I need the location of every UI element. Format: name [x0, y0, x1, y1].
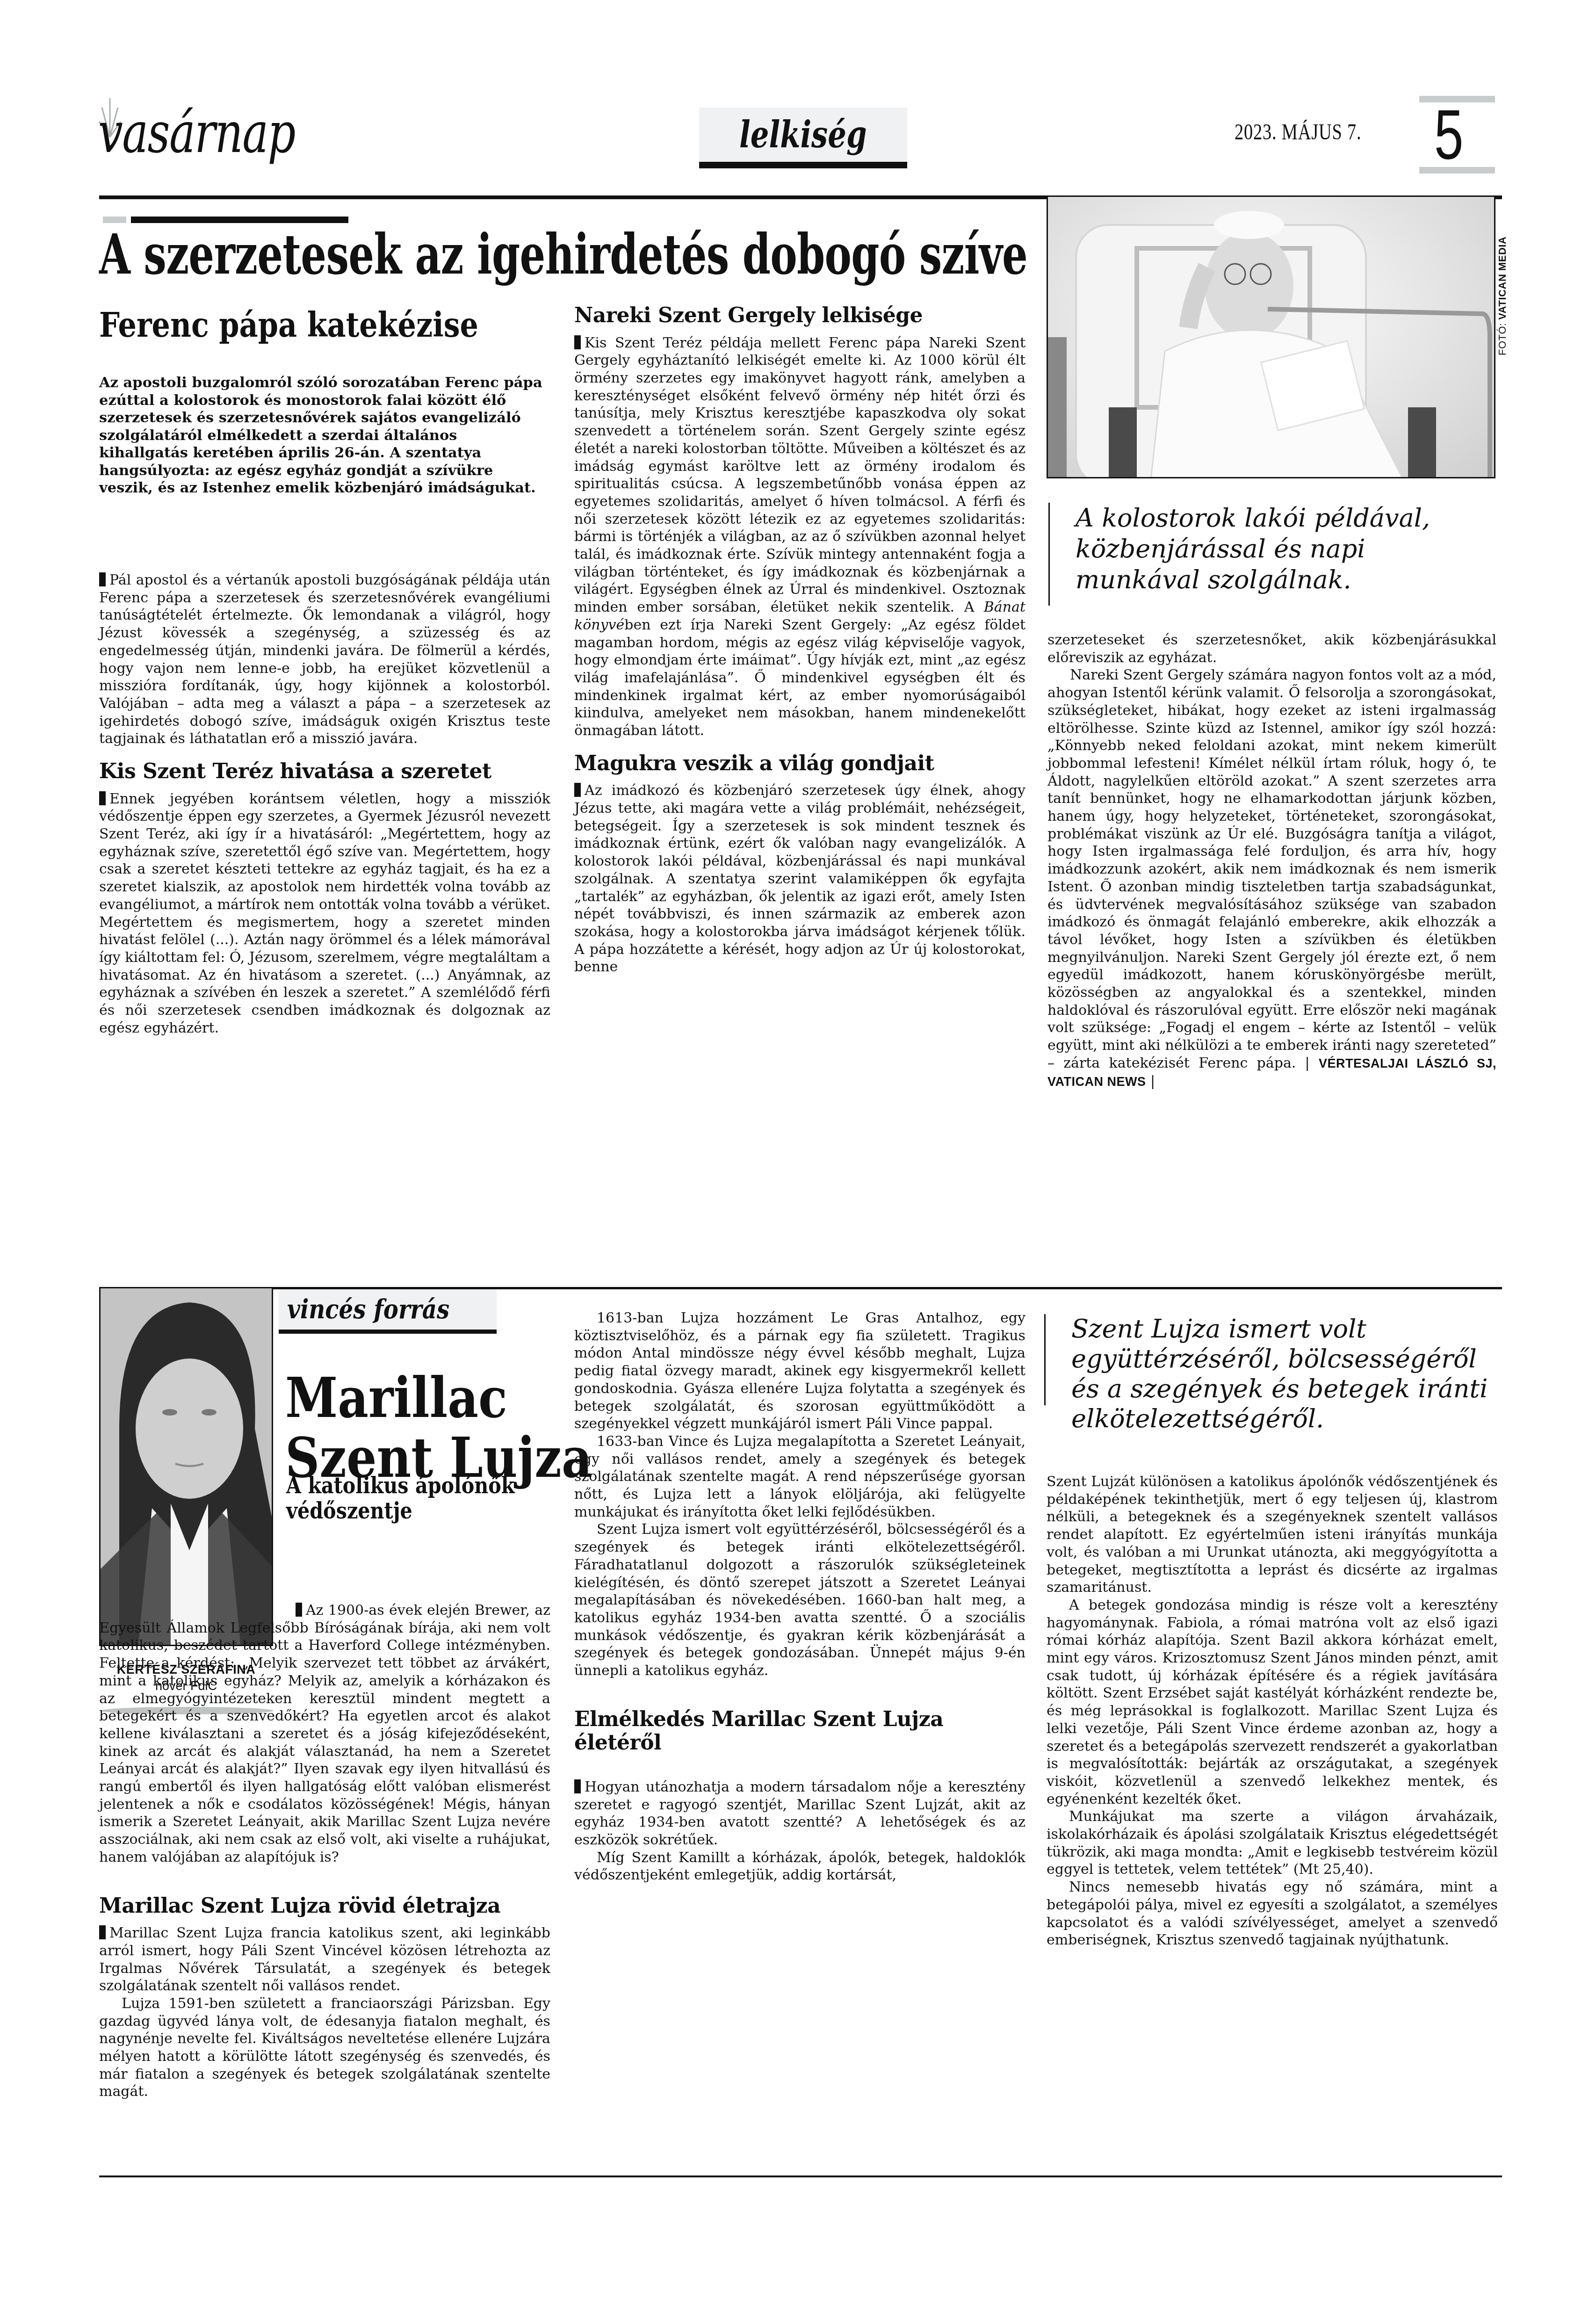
- paragraph: Míg Szent Kamillt a kórházak, ápolók, be…: [574, 1850, 1025, 1884]
- article2-column-2: 1613-ban Lujza hozzáment Le Gras Antalho…: [574, 1309, 1025, 1884]
- divider: [99, 2175, 1502, 2177]
- article-column-3: szerzeteseket és szerzetesnőket, akik kö…: [1047, 631, 1496, 1091]
- article-column-2: Nareki Szent Gergely lelkisége Kis Szent…: [574, 304, 1025, 976]
- photo-credit: FOTÓ: VATICAN MEDIA: [1496, 224, 1513, 355]
- paragraph: Hogyan utánozhatja a modern társadalom n…: [574, 1779, 1025, 1848]
- article-title: Marillac Szent Lujza: [285, 1368, 592, 1488]
- paragraph: Kis Szent Teréz példája mellett Ferenc p…: [574, 335, 1025, 616]
- column-tag: vincés forrás: [279, 1289, 497, 1334]
- divider: [1419, 167, 1495, 173]
- page-number-box: 5: [1419, 96, 1495, 173]
- section-heading: Marillac Szent Lujza rövid életrajza: [99, 1894, 550, 1918]
- section-label: lelkiség: [739, 114, 867, 156]
- paragraph-marker: [574, 335, 581, 349]
- author-photo[interactable]: [99, 1287, 273, 1646]
- article2-column-1: Az 1900-as évek elején Brewer, az Egyesü…: [99, 1602, 550, 2101]
- paragraph-marker: [574, 783, 581, 797]
- paragraph: Nincs nemesebb hivatás egy nő számára, m…: [1047, 1879, 1498, 1948]
- issue-date: 2023. MÁJUS 7.: [1235, 119, 1362, 145]
- paragraph: Nareki Szent Gergely számára nagyon font…: [1047, 667, 1496, 1071]
- photo-credit-source: VATICAN MEDIA: [1496, 237, 1508, 320]
- portrait-illustration: [101, 1288, 273, 1646]
- paragraph-marker: [99, 572, 106, 586]
- pope-francis-photo[interactable]: [1047, 195, 1495, 478]
- paragraph: ben ezt írja Nareki Szent Gergely: „Az e…: [574, 617, 1025, 739]
- pull-quote: Szent Lujza ismert volt együttérzéséről,…: [1044, 1314, 1502, 1405]
- paragraph-marker: [574, 1779, 581, 1793]
- paragraph: Lujza 1591-ben született a franciaország…: [99, 1995, 550, 2100]
- logo-text: vasárnap: [98, 105, 295, 161]
- article-lead: Az apostoli buzgalomról szóló sorozatába…: [99, 374, 550, 497]
- article-column-1: Pál apostol és a vértanúk apostoli buzgó…: [99, 571, 550, 1037]
- paragraph: Pál apostol és a vértanúk apostoli buzgó…: [99, 572, 550, 747]
- article-subtitle: A katolikus ápolónők védőszentje: [286, 1473, 514, 1524]
- page-title: A szerzetesek az igehirdetés dobogó szív…: [99, 227, 1027, 282]
- section-heading: Kis Szent Teréz hivatása a szeretet: [99, 760, 550, 784]
- pull-quote: A kolostorok lakói példával, közbenjárás…: [1048, 503, 1497, 606]
- article-kicker: Ferenc pápa katekézise: [99, 306, 478, 344]
- paragraph: Az imádkozó és közbenjáró szerzetesek úg…: [574, 782, 1025, 975]
- section-heading: Elmélkedés Marillac Szent Lujza életéről: [574, 1708, 1025, 1755]
- paragraph: Marillac Szent Lujza francia katolikus s…: [99, 1925, 550, 1994]
- page-number: 5: [1434, 100, 1464, 170]
- paragraph-marker: [99, 1925, 106, 1939]
- paragraph: Szent Lujza ismert volt együttérzéséről,…: [574, 1521, 1025, 1679]
- section-heading: Nareki Szent Gergely lelkisége: [574, 304, 1025, 328]
- paragraph-marker: [296, 1603, 302, 1617]
- paragraph: A betegek gondozása mindig is része volt…: [1047, 1597, 1498, 1807]
- paragraph: Ennek jegyében korántsem véletlen, hogy …: [99, 791, 550, 1036]
- paragraph: szerzeteseket és szerzetesnőket, akik kö…: [1047, 632, 1496, 666]
- paragraph: Szent Lujzát különösen a katolikus ápoló…: [1047, 1474, 1498, 1596]
- paragraph-marker: [99, 791, 106, 805]
- newspaper-logo[interactable]: vasárnap: [98, 96, 346, 166]
- paragraph: Munkájukat ma szerte a világon árvaházai…: [1047, 1808, 1498, 1878]
- section-tag: lelkiség: [699, 108, 907, 168]
- photo-illustration: [1048, 197, 1495, 478]
- article2-column-3: Szent Lujzát különösen a katolikus ápoló…: [1047, 1473, 1498, 1949]
- section-heading: Magukra veszik a világ gondjait: [574, 752, 1025, 776]
- column-name: vincés forrás: [287, 1294, 449, 1325]
- paragraph: Az 1900-as évek elején Brewer, az Egyesü…: [99, 1602, 550, 1865]
- paragraph: 1613-ban Lujza hozzáment Le Gras Antalho…: [574, 1310, 1025, 1432]
- paragraph: 1633-ban Vince és Lujza megalapította a …: [574, 1433, 1025, 1520]
